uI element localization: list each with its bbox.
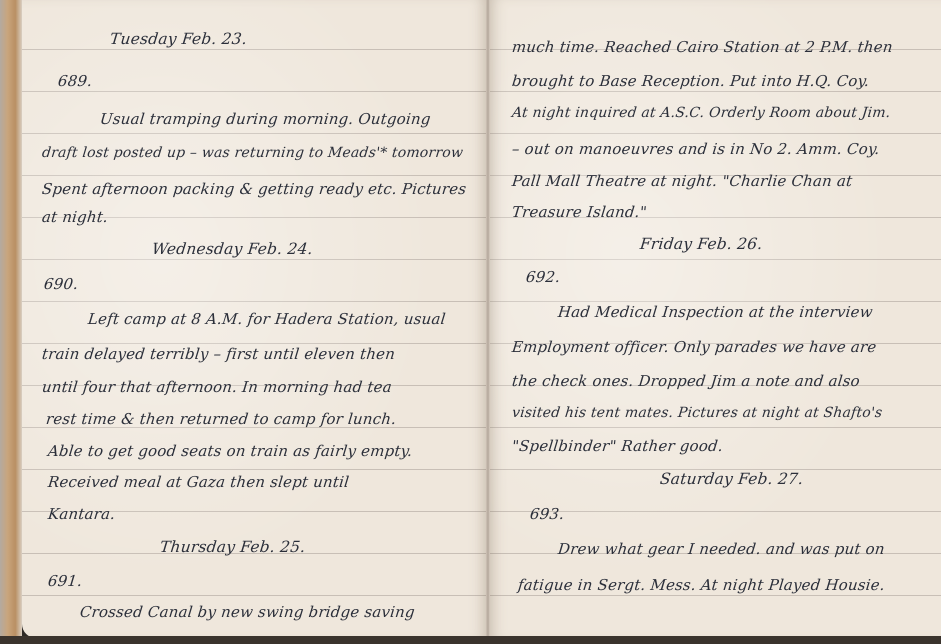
diary-line: Had Medical Inspection at the interview: [557, 303, 874, 321]
diary-line: much time. Reached Cairo Station at 2 P.…: [511, 38, 894, 56]
notebook-cover-edge: [0, 0, 22, 644]
diary-line: Left camp at 8 A.M. for Hadera Station, …: [87, 310, 447, 328]
diary-line: At night inquired at A.S.C. Orderly Room…: [511, 105, 891, 121]
diary-line: the check ones. Dropped Jim a note and a…: [511, 372, 861, 390]
diary-line: Received meal at Gaza then slept until: [47, 473, 350, 491]
diary-line: Crossed Canal by new swing bridge saving: [79, 603, 416, 621]
diary-line: – out on manoeuvres and is in No 2. Amm.…: [511, 140, 881, 158]
date-heading-tuesday: Tuesday Feb. 23.: [109, 30, 248, 48]
entry-number-692: 692.: [525, 268, 561, 286]
diary-line: draft lost posted up – was returning to …: [41, 145, 464, 161]
diary-line: Employment officer. Only parades we have…: [511, 338, 877, 356]
diary-line: visited his tent mates. Pictures at nigh…: [511, 405, 883, 421]
date-heading-friday: Friday Feb. 26.: [639, 235, 763, 253]
entry-number-691: 691.: [47, 572, 83, 590]
diary-line: Pall Mall Theatre at night. "Charlie Cha…: [511, 172, 853, 190]
diary-line: "Spellbinder" Rather good.: [511, 437, 724, 455]
diary-line: brought to Base Reception. Put into H.Q.…: [511, 72, 870, 90]
diary-line: until four that afternoon. In morning ha…: [41, 378, 393, 396]
diary-line: Able to get good seats on train as fairl…: [47, 442, 413, 460]
diary-line: Kantara.: [47, 505, 116, 523]
diary-line: Usual tramping during morning. Outgoing: [99, 110, 432, 128]
right-page: much time. Reached Cairo Station at 2 P.…: [490, 0, 941, 638]
entry-number-690: 690.: [43, 275, 79, 293]
diary-line: Drew what gear I needed. and was put on: [557, 540, 886, 558]
entry-number-689: 689.: [57, 72, 93, 90]
date-heading-wednesday: Wednesday Feb. 24.: [151, 240, 314, 258]
notebook-bottom-edge: [0, 636, 941, 644]
diary-line: Spent afternoon packing & getting ready …: [41, 180, 467, 198]
entry-number-693: 693.: [529, 505, 565, 523]
diary-line: rest time & then returned to camp for lu…: [45, 410, 397, 428]
diary-line: train delayed terribly – first until ele…: [41, 345, 396, 363]
left-page: Tuesday Feb. 23. 689. Usual tramping dur…: [22, 0, 486, 638]
date-heading-saturday: Saturday Feb. 27.: [659, 470, 804, 488]
diary-spread: Tuesday Feb. 23. 689. Usual tramping dur…: [0, 0, 941, 640]
diary-line: Treasure Island.": [511, 203, 648, 221]
diary-line: at night.: [41, 208, 109, 226]
diary-line: fatigue in Sergt. Mess. At night Played …: [517, 576, 886, 594]
date-heading-thursday: Thursday Feb. 25.: [159, 538, 306, 556]
